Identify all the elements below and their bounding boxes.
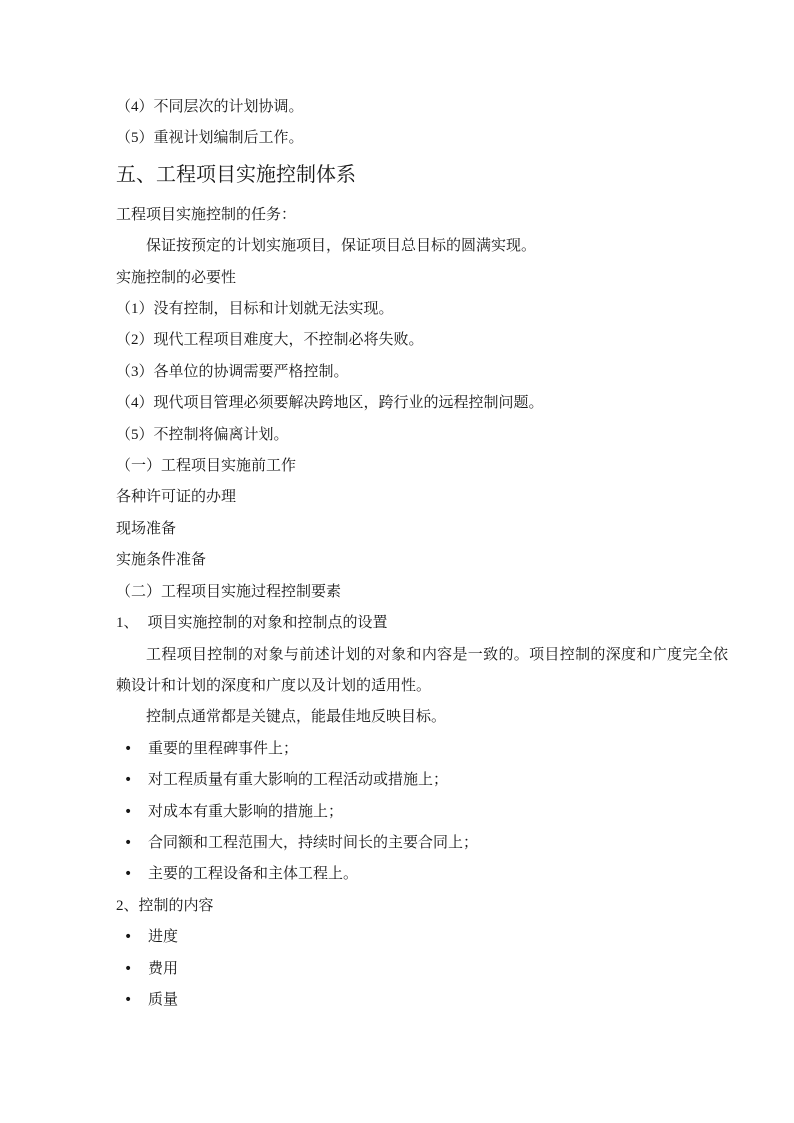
control-content-text: 质量 [148, 992, 178, 1008]
list-item-plan-4: （4）不同层次的计划协调。 [116, 92, 728, 123]
subsection-2-title: （二）工程项目实施过程控制要素 [116, 577, 728, 608]
subsection-1-item-site: 现场准备 [116, 514, 728, 545]
bullet-icon: • [124, 734, 132, 765]
bullet-icon: • [124, 922, 132, 953]
necessity-item-3: （3）各单位的协调需要严格控制。 [116, 357, 728, 388]
point-2-number: 2、 [116, 898, 139, 914]
necessity-item-4: （4）现代项目管理必须要解决跨地区，跨行业的远程控制问题。 [116, 388, 728, 419]
control-point-text: 对工程质量有重大影响的工程活动或措施上； [148, 772, 448, 788]
control-content-text: 进度 [148, 929, 178, 945]
bullet-icon: • [124, 954, 132, 985]
point-1-paragraph: 工程项目控制的对象与前述计划的对象和内容是一致的。项目控制的深度和广度完全依赖设… [116, 640, 728, 703]
necessity-item-5: （5）不控制将偏离计划。 [116, 420, 728, 451]
subsection-1-item-permits: 各种许可证的办理 [116, 482, 728, 513]
document-page: （4）不同层次的计划协调。 （5）重视计划编制后工作。 五、工程项目实施控制体系… [0, 0, 794, 1123]
control-content-text: 费用 [148, 961, 178, 977]
bullet-icon: • [124, 797, 132, 828]
control-point-text: 重要的里程碑事件上； [148, 741, 298, 757]
necessity-title: 实施控制的必要性 [116, 263, 728, 294]
point-1-number: 1、 [116, 615, 139, 631]
control-point-text: 对成本有重大影响的措施上； [148, 804, 343, 820]
bullet-icon: • [124, 859, 132, 890]
list-item-plan-5: （5）重视计划编制后工作。 [116, 123, 728, 154]
control-point-text: 合同额和工程范围大，持续时间长的主要合同上； [148, 835, 478, 851]
control-point-item: •主要的工程设备和主体工程上。 [116, 859, 728, 890]
control-content-item: •费用 [116, 954, 728, 985]
point-1-heading: 1、项目实施控制的对象和控制点的设置 [116, 608, 728, 639]
subsection-1-title: （一）工程项目实施前工作 [116, 451, 728, 482]
point-1-title: 项目实施控制的对象和控制点的设置 [148, 615, 388, 631]
section-heading: 五、工程项目实施控制体系 [116, 160, 728, 190]
point-2-heading: 2、控制的内容 [116, 891, 728, 922]
control-point-item: •对成本有重大影响的措施上； [116, 797, 728, 828]
bullet-icon: • [124, 828, 132, 859]
point-1-paragraph-2: 控制点通常都是关键点，能最佳地反映目标。 [116, 702, 728, 733]
control-point-text: 主要的工程设备和主体工程上。 [148, 866, 358, 882]
control-point-item: •对工程质量有重大影响的工程活动或措施上； [116, 765, 728, 796]
necessity-item-1: （1）没有控制，目标和计划就无法实现。 [116, 294, 728, 325]
subsection-1-item-conditions: 实施条件准备 [116, 545, 728, 576]
control-point-item: •合同额和工程范围大，持续时间长的主要合同上； [116, 828, 728, 859]
necessity-item-2: （2）现代工程项目难度大，不控制必将失败。 [116, 325, 728, 356]
control-point-item: •重要的里程碑事件上； [116, 734, 728, 765]
control-content-item: •进度 [116, 922, 728, 953]
bullet-icon: • [124, 985, 132, 1016]
bullet-icon: • [124, 765, 132, 796]
task-label: 工程项目实施控制的任务： [116, 200, 728, 231]
task-description: 保证按预定的计划实施项目，保证项目总目标的圆满实现。 [116, 231, 728, 262]
point-2-title: 控制的内容 [139, 898, 214, 914]
control-content-item: •质量 [116, 985, 728, 1016]
